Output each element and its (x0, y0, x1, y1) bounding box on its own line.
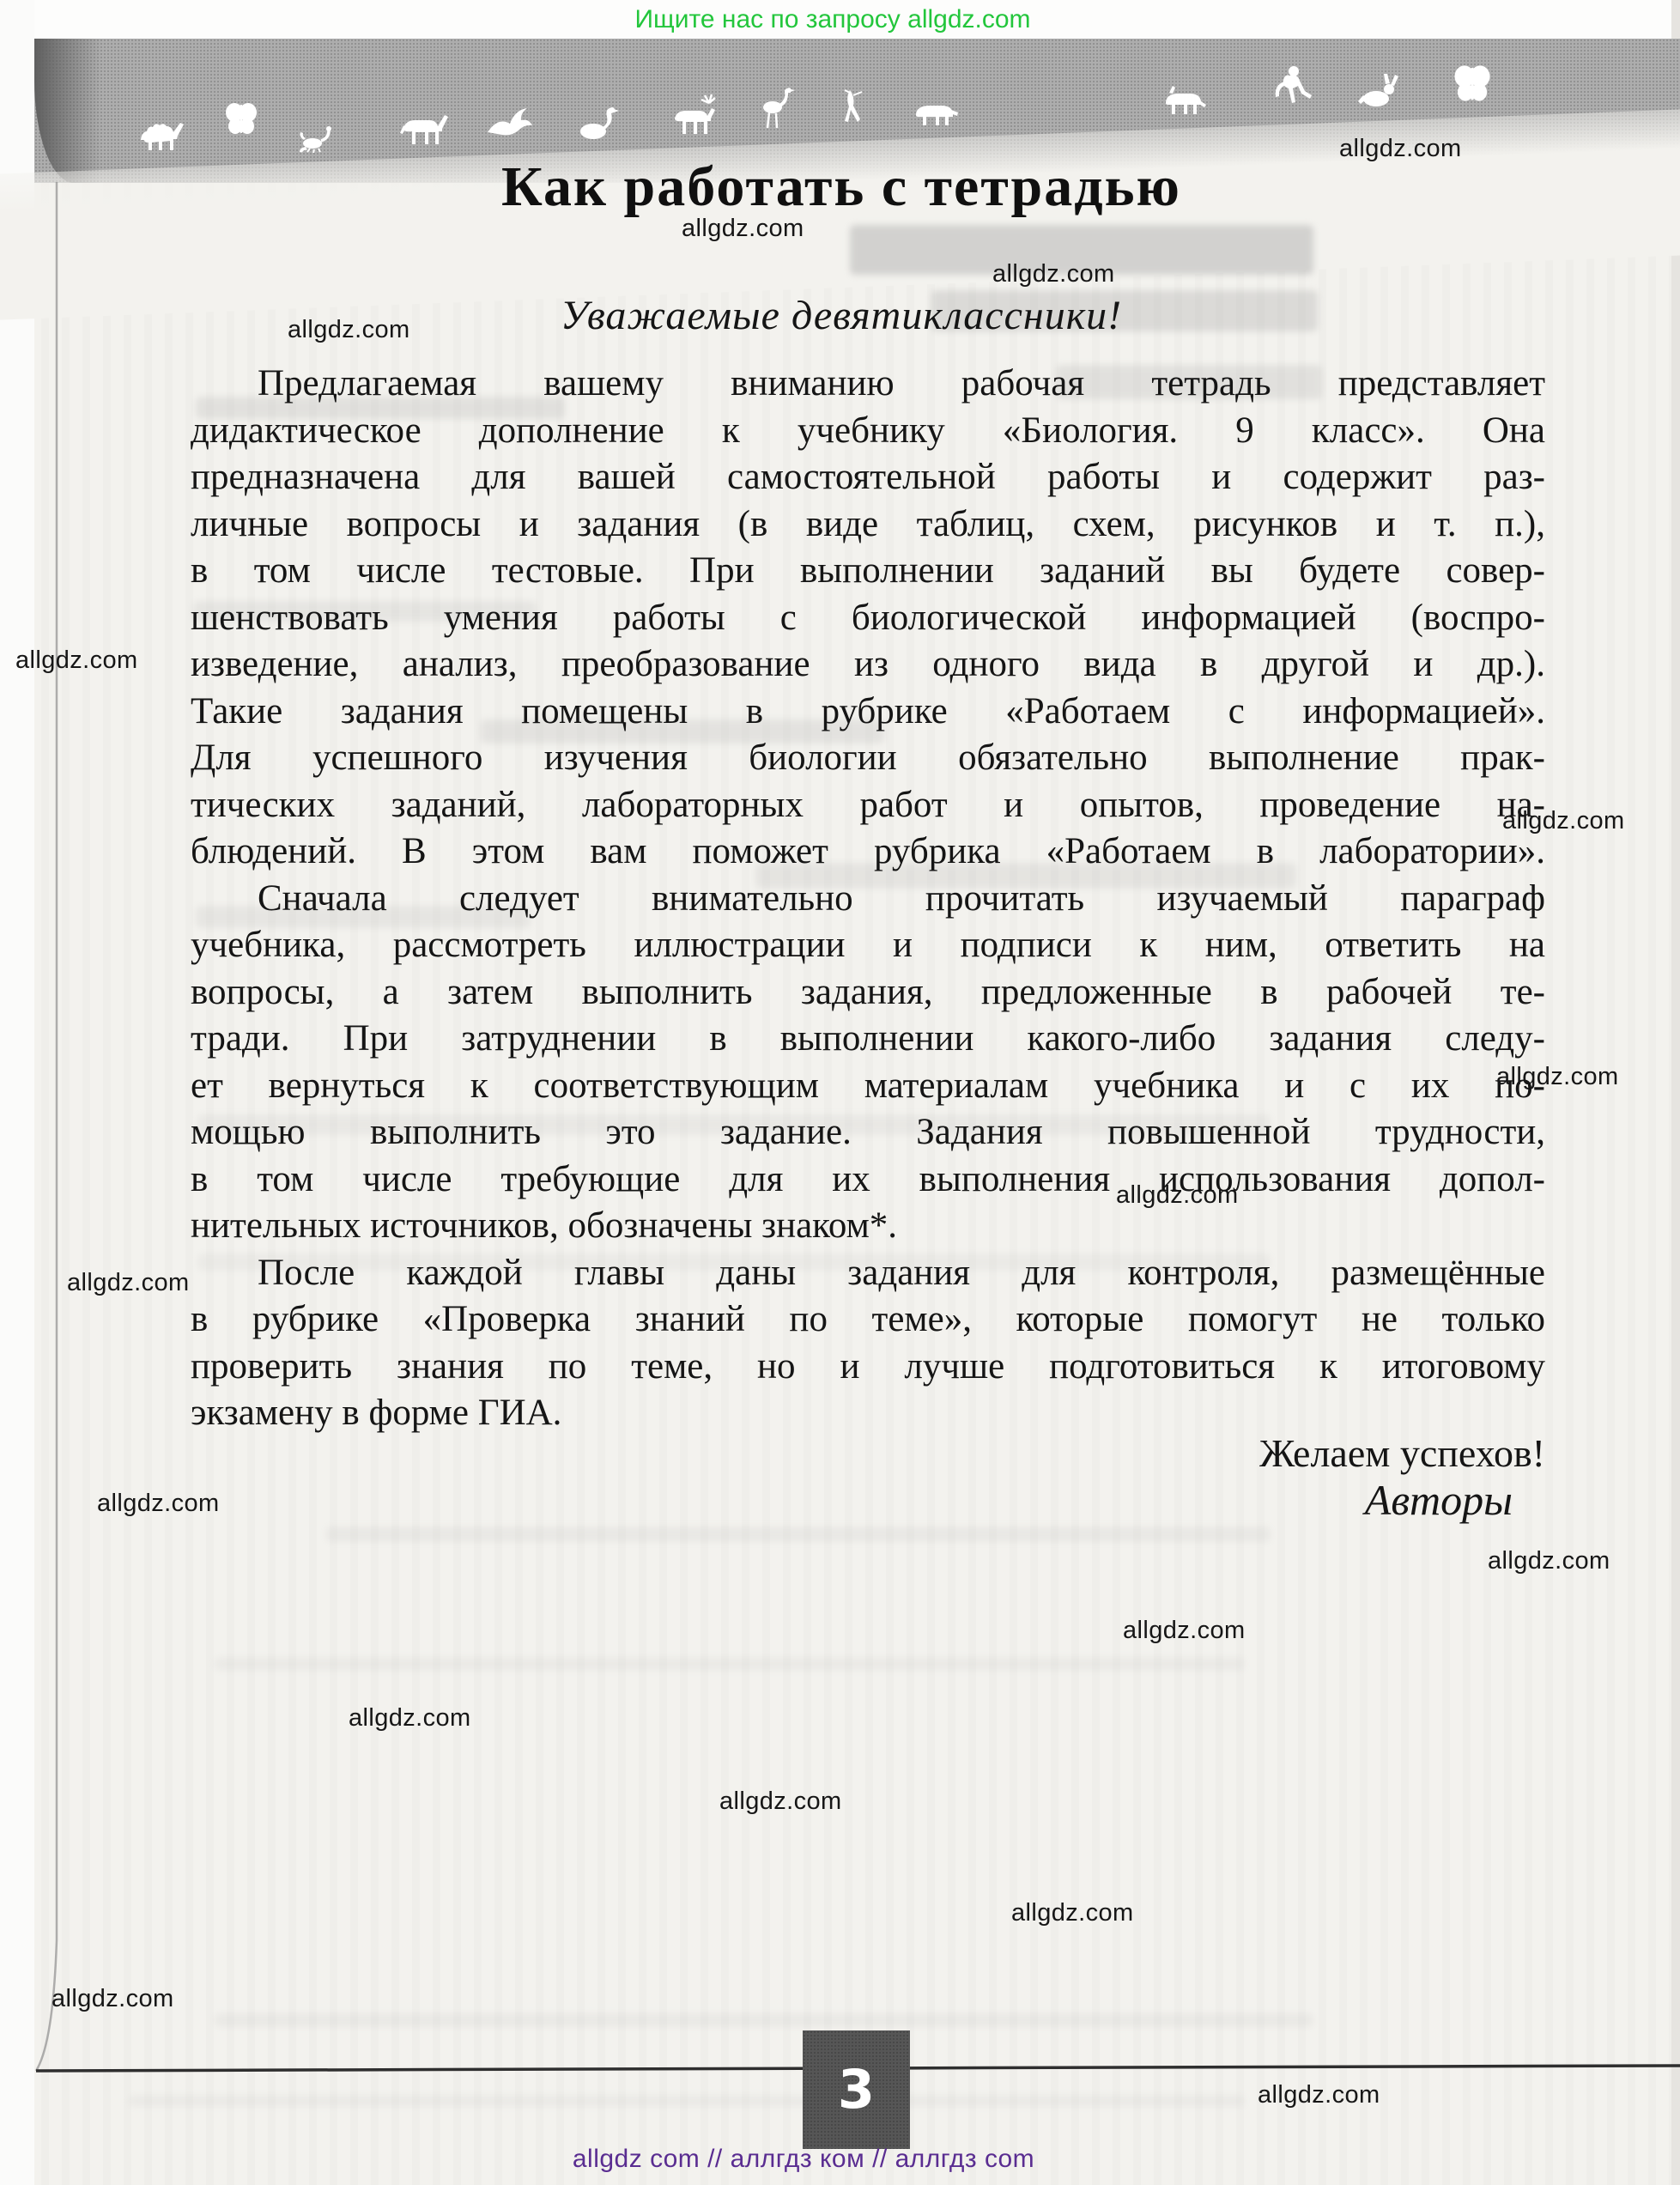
scan-right-edge (1671, 0, 1680, 2185)
watermark: allgdz.com (349, 1704, 471, 1733)
top-search-banner: Ищите нас по запросу allgdz.com (0, 5, 1665, 34)
watermark: allgdz.com (1502, 807, 1625, 835)
text-line: Для успешного изучения биологии обязател… (191, 735, 1545, 782)
scorpion-silhouette-icon (298, 122, 337, 153)
boar-silhouette-icon (913, 93, 959, 127)
scanned-workbook-page: Ищите нас по запросу allgdz.com (0, 0, 1680, 2185)
horse-silhouette-icon (398, 105, 448, 148)
page-number-box: 3 (803, 2030, 910, 2149)
text-line: в рубрике «Проверка знаний по теме», кот… (191, 1296, 1545, 1344)
text-line: мощью выполнить это задание. Задания пов… (191, 1109, 1545, 1156)
text-line: дидактическое дополнение к учебнику «Био… (191, 408, 1545, 455)
heron-silhouette-icon (757, 85, 795, 133)
text-line: вопросы, а затем выполнить задания, пред… (191, 969, 1545, 1017)
bleed-through-ghost (215, 1657, 1245, 1671)
watermark: allgdz.com (719, 1787, 842, 1816)
text-line: личные вопросы и задания (в виде таблиц,… (191, 501, 1545, 549)
camel-silhouette-icon (136, 114, 191, 159)
page-number: 3 (803, 2030, 910, 2149)
flying-bird-silhouette-icon (486, 106, 534, 144)
mantis-silhouette-icon (836, 88, 867, 131)
page-left-margin (0, 0, 34, 2185)
page-title: Как работать с тетрадью (155, 155, 1528, 220)
warthog-silhouette-icon (1161, 79, 1209, 117)
butterfly-silhouette-icon (1452, 64, 1493, 103)
bleed-through-ghost (129, 2095, 1245, 2107)
page-spine-line (36, 182, 57, 2071)
swan-silhouette-icon (574, 103, 619, 141)
watermark: allgdz.com (52, 1985, 174, 2013)
text-line: изведение, анализ, преобразование из одн… (191, 641, 1545, 689)
watermark: allgdz.com (15, 646, 138, 675)
elk-silhouette-icon (670, 91, 719, 136)
butterfly-silhouette-icon (223, 101, 259, 136)
text-line: Сначала следует внимательно прочитать из… (191, 876, 1545, 923)
text-line: Такие задания помещены в рубрике «Работа… (191, 689, 1545, 736)
text-line: тических заданий, лабораторных работ и о… (191, 782, 1545, 829)
watermark: allgdz.com (1123, 1617, 1246, 1645)
watermark: allgdz.com (992, 260, 1115, 288)
text-line: нительных источников, обозначены знаком*… (191, 1203, 1545, 1250)
text-line: учебника, рассмотреть иллюстрации и подп… (191, 922, 1545, 969)
text-line: шенствовать умения работы с биологическо… (191, 595, 1545, 642)
text-line: Предлагаемая вашему вниманию рабочая тет… (191, 361, 1545, 408)
hare-silhouette-icon (1356, 72, 1403, 110)
body-text: Предлагаемая вашему вниманию рабочая тет… (191, 361, 1545, 1437)
text-line: После каждой главы даны задания для конт… (191, 1250, 1545, 1297)
closing-wish: Желаем успехов! (191, 1430, 1545, 1476)
watermark: allgdz.com (67, 1269, 190, 1297)
watermark: allgdz.com (97, 1490, 220, 1518)
text-line: предназначена для вашей самостоятельной … (191, 454, 1545, 501)
footer-site-banner: allgdz com // аллгдз ком // аллгдз com (0, 2145, 1607, 2174)
text-line: проверить знания по теме, но и лучше под… (191, 1344, 1545, 1391)
watermark: allgdz.com (1011, 1899, 1134, 1927)
bleed-through-ghost (326, 1526, 1271, 1542)
watermark: allgdz.com (1339, 135, 1462, 163)
watermark: allgdz.com (1116, 1181, 1239, 1210)
bleed-through-ghost (215, 2013, 1313, 2027)
text-line: в том числе тестовые. При выполнении зад… (191, 548, 1545, 595)
watermark: allgdz.com (1488, 1547, 1610, 1575)
text-line: в том числе требующие для их выполнения … (191, 1156, 1545, 1204)
watermark: allgdz.com (1258, 2081, 1380, 2109)
author-signature: Авторы (191, 1475, 1513, 1525)
watermark: allgdz.com (1496, 1063, 1619, 1091)
watermark: allgdz.com (288, 316, 410, 344)
monkey-silhouette-icon (1271, 63, 1313, 112)
text-line: ет вернуться к соответствующим материала… (191, 1063, 1545, 1110)
watermark: allgdz.com (682, 215, 804, 243)
text-line: тради. При затруднении в выполнении како… (191, 1016, 1545, 1063)
text-line: блюдений. В этом вам поможет рубрика «Ра… (191, 828, 1545, 876)
